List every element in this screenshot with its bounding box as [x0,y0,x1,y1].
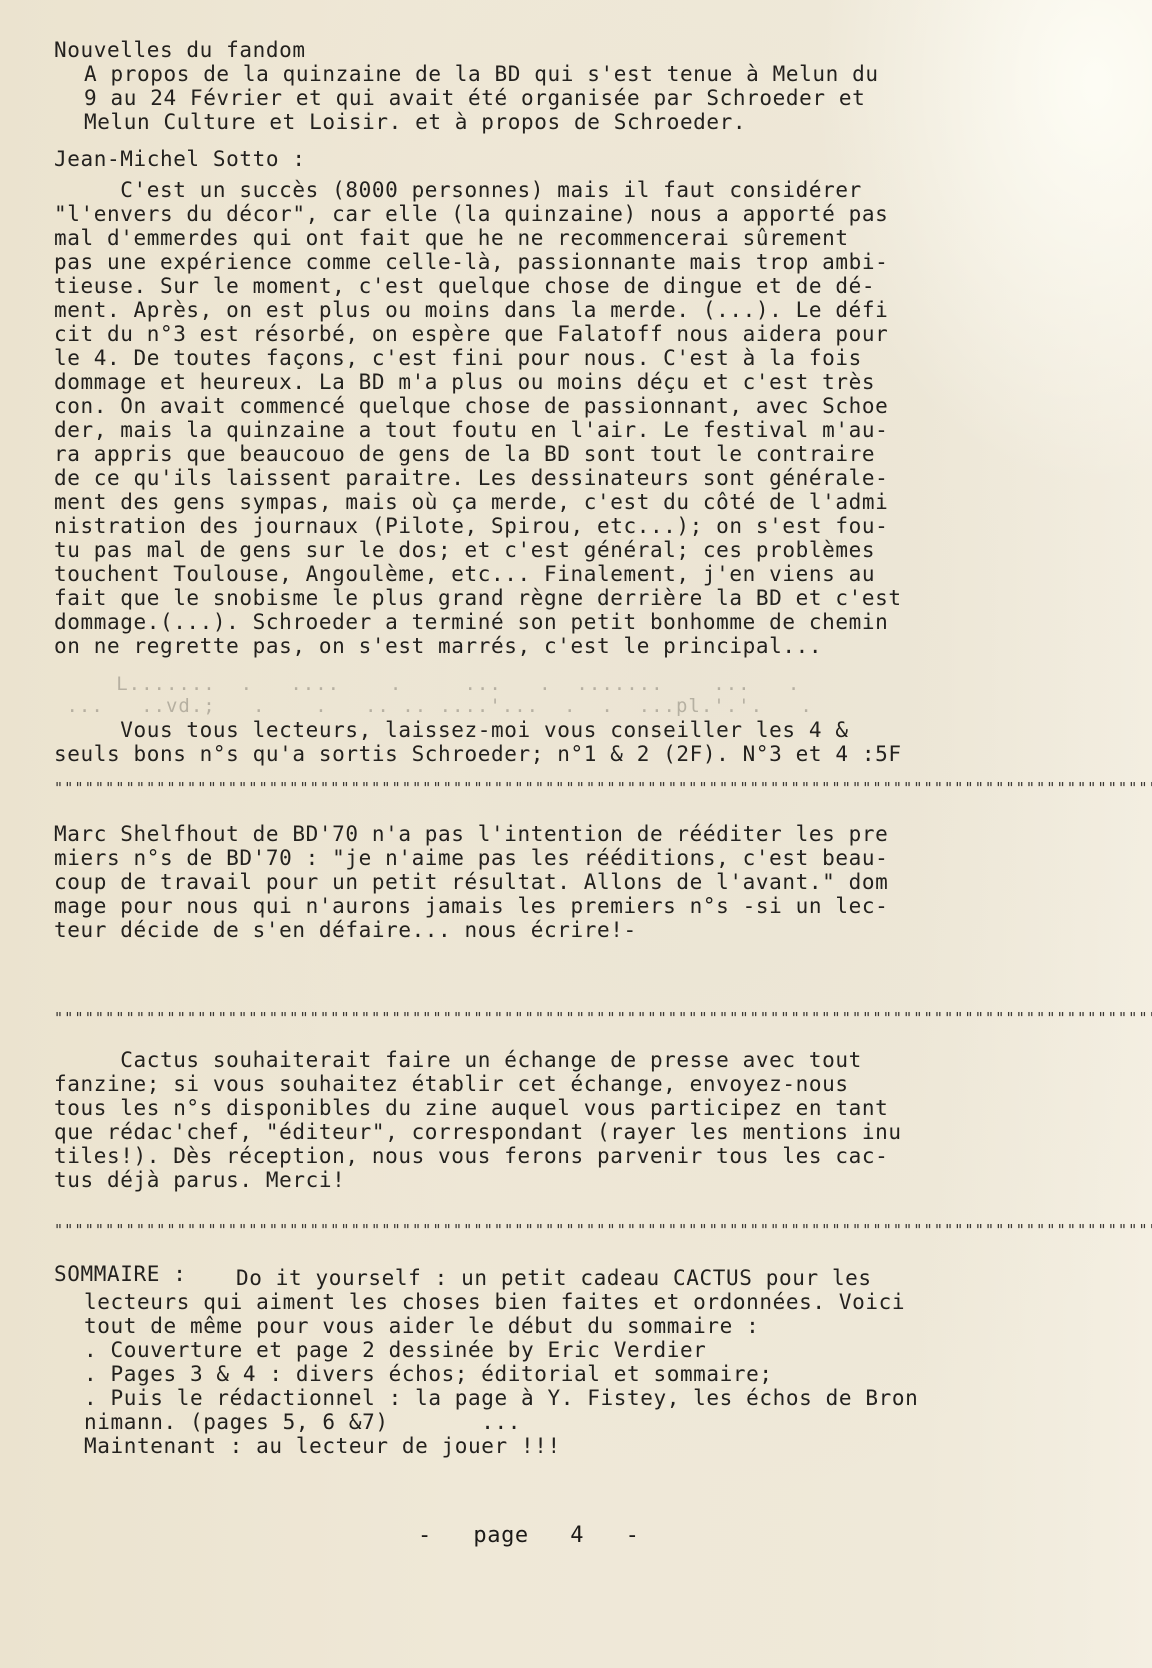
quote-line: ment des gens sympas, mais où ça merde, … [54,490,888,514]
quote-line: C'est un succès (8000 personnes) mais il… [54,178,862,202]
page-number: - page 4 - [418,1524,640,1548]
quote-line: fait que le snobisme le plus grand règne… [54,586,902,610]
separator-line: """"""""""""""""""""""""""""""""""""""""… [54,776,1152,800]
shelfhout-line: teur décide de s'en défaire... nous écri… [54,918,637,942]
cactus-line: que rédac'chef, "éditeur", correspondant… [54,1120,902,1144]
shelfhout-line: miers n°s de BD'70 : "je n'aime pas les … [54,846,888,870]
quote-line: tieuse. Sur le moment, c'est quelque cho… [54,274,875,298]
quote-line: nistration des journaux (Pilote, Spirou,… [54,514,888,538]
sommaire-line: Do it yourself : un petit cadeau CACTUS … [236,1266,872,1290]
quote-line: mal d'emmerdes qui ont fait que he ne re… [54,226,849,250]
section-heading: Nouvelles du fandom [54,38,306,62]
quote-line: ra appris que beaucouo de gens de la BD … [54,442,875,466]
separator-line: """"""""""""""""""""""""""""""""""""""""… [54,1218,1152,1242]
sommaire-item: . Puis le rédactionnel : la page à Y. Fi… [84,1386,918,1410]
quote-line: cit du n°3 est résorbé, on espère que Fa… [54,322,888,346]
quote-line: dommage et heureux. La BD m'a plus ou mo… [54,370,875,394]
shelfhout-line: mage pour nous qui n'aurons jamais les p… [54,894,888,918]
cactus-line: tus déjà parus. Merci! [54,1168,345,1192]
shelfhout-line: coup de travail pour un petit résultat. … [54,870,888,894]
quote-line: der, mais la quinzaine a tout foutu en l… [54,418,888,442]
quote-line: dommage.(...). Schroeder a terminé son p… [54,610,888,634]
quote-line: le 4. De toutes façons, c'est fini pour … [54,346,862,370]
sommaire-line: nimann. (pages 5, 6 &7) ... [84,1410,521,1434]
quote-line: on ne regrette pas, on s'est marrés, c'e… [54,634,822,658]
sommaire-line: lecteurs qui aiment les choses bien fait… [84,1290,905,1314]
quote-line: "l'envers du décor", car elle (la quinza… [54,202,888,226]
cactus-line: tiles!). Dès réception, nous vous ferons… [54,1144,888,1168]
quote-line: pas une expérience comme celle-là, passi… [54,250,888,274]
quote-line: touchent Toulouse, Angoulème, etc... Fin… [54,562,875,586]
sommaire-label: SOMMAIRE : [54,1262,186,1286]
cactus-line: fanzine; si vous souhaitez établir cet é… [54,1072,849,1096]
cactus-line: Cactus souhaiterait faire un échange de … [54,1048,862,1072]
faded-line: L....... . .... . ... . ....... ... . [54,672,800,696]
faded-line: ... ..vd.; . . .. .. ....'... . . ...pl.… [54,694,813,718]
separator-line: """"""""""""""""""""""""""""""""""""""""… [54,1006,1152,1030]
intro-line: Melun Culture et Loisir. et à propos de … [84,110,746,134]
shelfhout-line: Marc Shelfhout de BD'70 n'a pas l'intent… [54,822,888,846]
quote-line: de ce qu'ils laissent paraitre. Les dess… [54,466,888,490]
speaker-name: Jean-Michel Sotto : [54,147,306,171]
fanzine-page: Nouvelles du fandom A propos de la quinz… [0,0,1152,1668]
intro-line: 9 au 24 Février et qui avait été organis… [84,86,865,110]
quote-line: tu pas mal de gens sur le dos; et c'est … [54,538,875,562]
sommaire-item: . Pages 3 & 4 : divers échos; éditorial … [84,1362,773,1386]
intro-line: A propos de la quinzaine de la BD qui s'… [84,62,879,86]
quote-line: con. On avait commencé quelque chose de … [54,394,888,418]
sommaire-line: Maintenant : au lecteur de jouer !!! [84,1434,561,1458]
quote-line: ment. Après, on est plus ou moins dans l… [54,298,888,322]
sommaire-line: tout de même pour vous aider le début du… [84,1314,759,1338]
advice-line: seuls bons n°s qu'a sortis Schroeder; n°… [54,742,902,766]
advice-line: Vous tous lecteurs, laissez-moi vous con… [54,718,849,742]
cactus-line: tous les n°s disponibles du zine auquel … [54,1096,888,1120]
sommaire-item: . Couverture et page 2 dessinée by Eric … [84,1338,706,1362]
